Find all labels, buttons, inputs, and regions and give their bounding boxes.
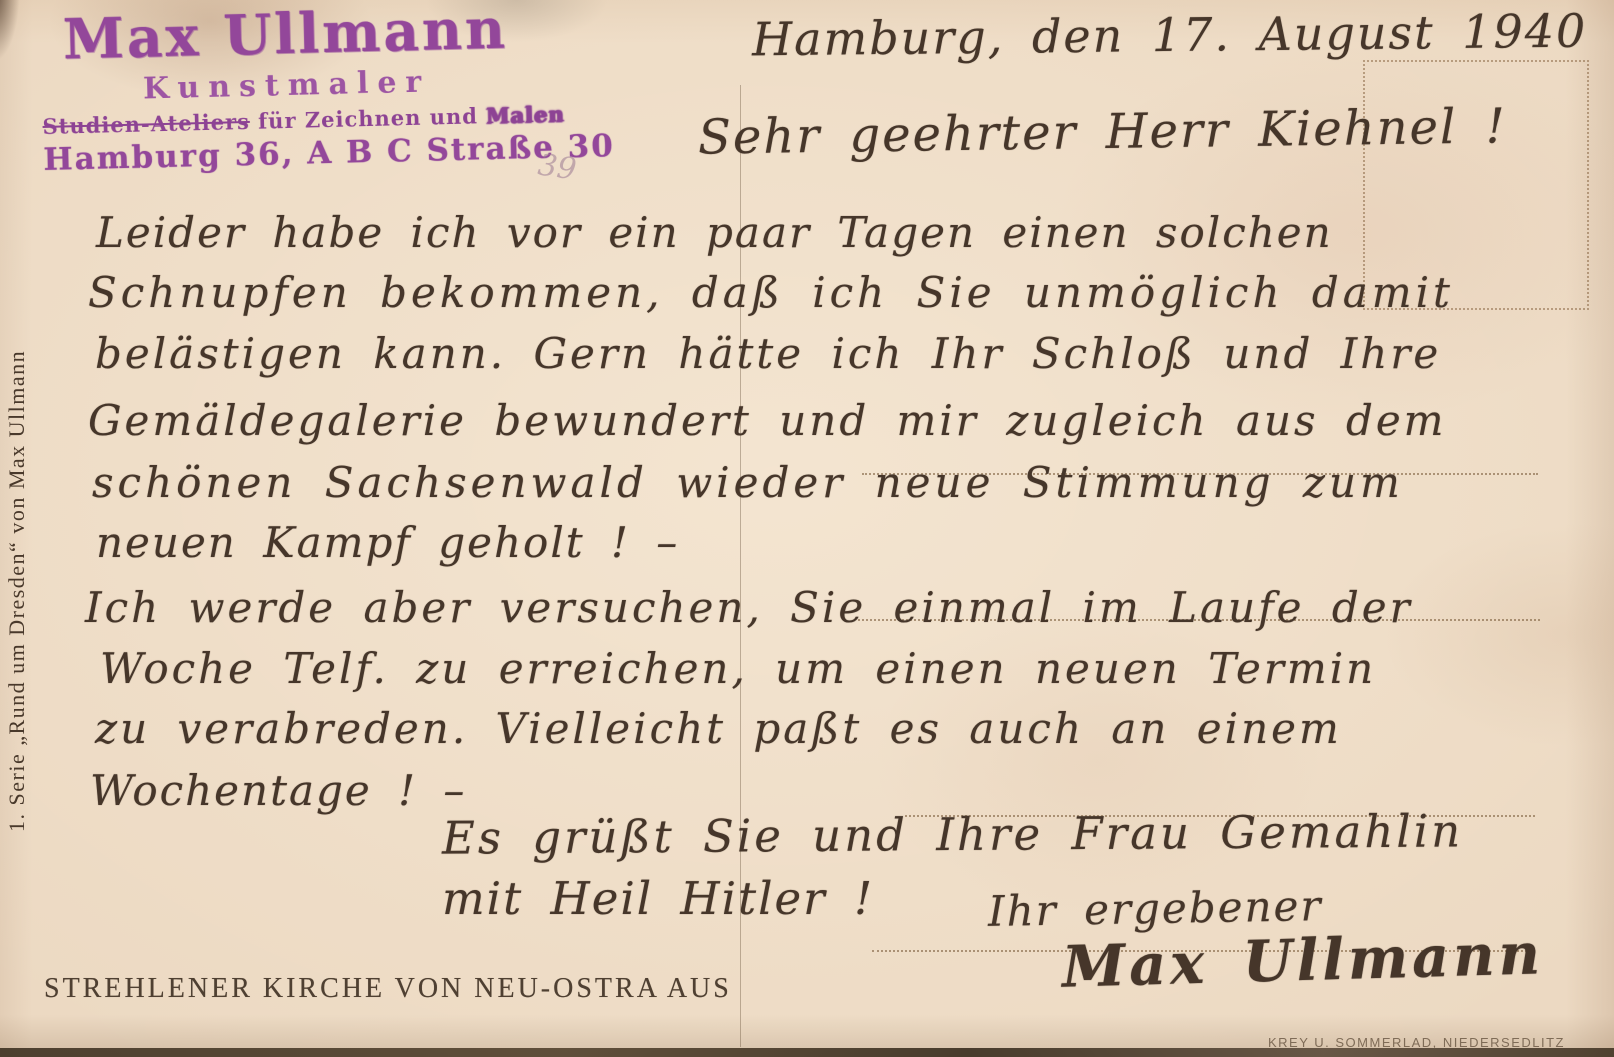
closing-salute: mit Heil Hitler ! [442, 876, 874, 921]
closing-greeting: Es grüßt Sie und Ihre Frau Gemahlin [442, 808, 1463, 860]
sender-rubber-stamp: Max Ullmann Kunstmaler Studien-Ateliers … [40, 0, 535, 206]
paper-stain [0, 0, 20, 62]
stamp-title: Kunstmaler [41, 65, 532, 107]
body-line: Wochentage ! – [90, 770, 466, 812]
handwritten-salutation: Sehr geehrter Herr Kiehnel ! [698, 102, 1507, 161]
body-line: Gemäldegalerie bewundert und mir zugleic… [88, 400, 1447, 442]
body-line: schönen Sachsenwald wieder neue Stimmung… [92, 462, 1404, 504]
stamp-atelier-overstamped: Malen [486, 101, 565, 128]
body-line: neuen Kampf geholt ! – [96, 522, 679, 564]
postcard-back: Max Ullmann Kunstmaler Studien-Ateliers … [0, 0, 1614, 1057]
stamp-atelier-mid: für Zeichnen und [250, 103, 487, 134]
body-line: Schnupfen bekommen, daß ich Sie unmöglic… [88, 272, 1454, 314]
stamp-atelier-struck: Studien-Ateliers [42, 109, 250, 139]
picture-title-caption: STREHLENER KIRCHE VON NEU-OSTRA AUS [44, 973, 732, 1005]
handwritten-date: Hamburg, den 17. August 1940 [752, 8, 1588, 63]
body-line: Leider habe ich vor ein paar Tagen einen… [96, 212, 1333, 254]
stamp-address: Hamburg 36, A B C Straße 30 [43, 133, 534, 176]
pencil-house-number: 39 [536, 148, 579, 188]
body-line: zu verabreden. Vielleicht paßt es auch a… [95, 708, 1342, 750]
body-line: Woche Telf. zu erreichen, um einen neuen… [100, 648, 1376, 690]
closing-devoted: Ihr ergebener [988, 885, 1323, 933]
signature: Max Ullmann [1061, 925, 1544, 995]
body-line: belästigen kann. Gern hätte ich Ihr Schl… [95, 333, 1441, 375]
body-line: Ich werde aber versuchen, Sie einmal im … [85, 587, 1413, 629]
printer-credit: KREY U. SOMMERLAD, NIEDERSEDLITZ [1268, 1035, 1565, 1050]
series-caption: 1. Serie „Rund um Dresden“ von Max Ullma… [4, 192, 40, 832]
stamp-name: Max Ullmann [40, 0, 531, 67]
